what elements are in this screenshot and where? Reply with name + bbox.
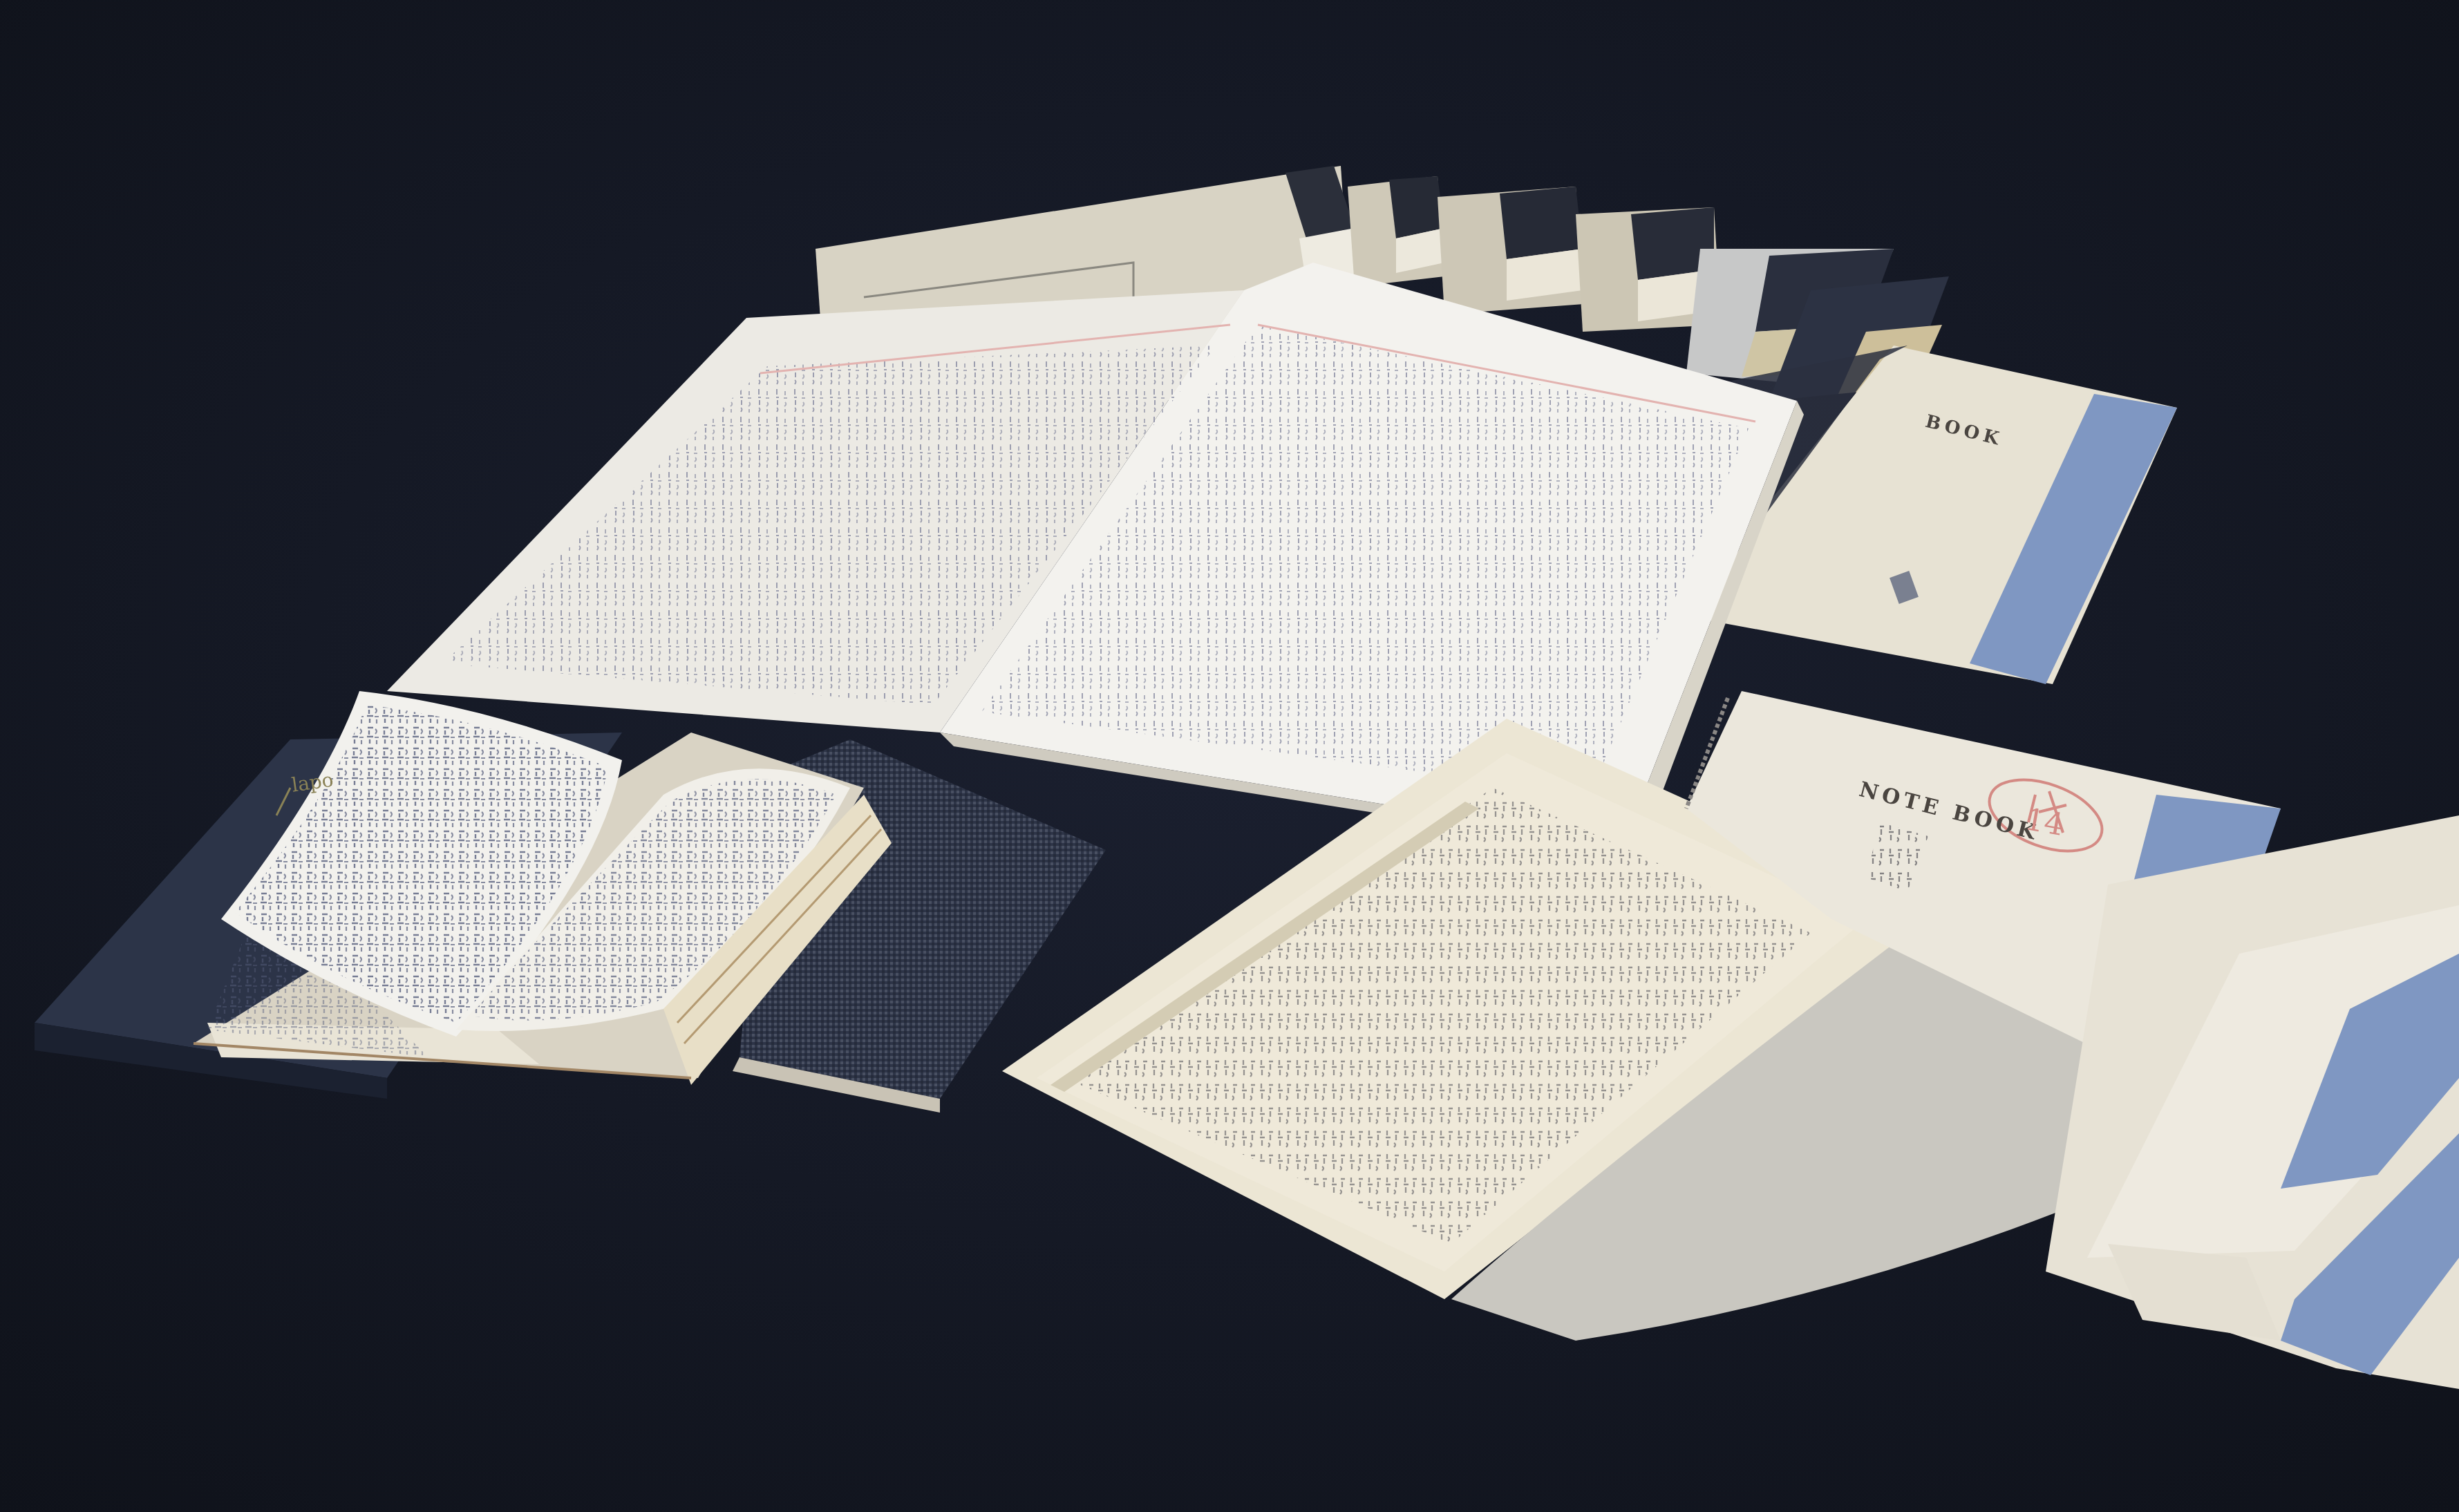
red-circled-number: 14 <box>2022 802 2066 843</box>
photo-illustration <box>0 0 2459 1512</box>
notebooks-photo: NOTE BOOK BOOK 14 lapo <box>0 0 2459 1512</box>
